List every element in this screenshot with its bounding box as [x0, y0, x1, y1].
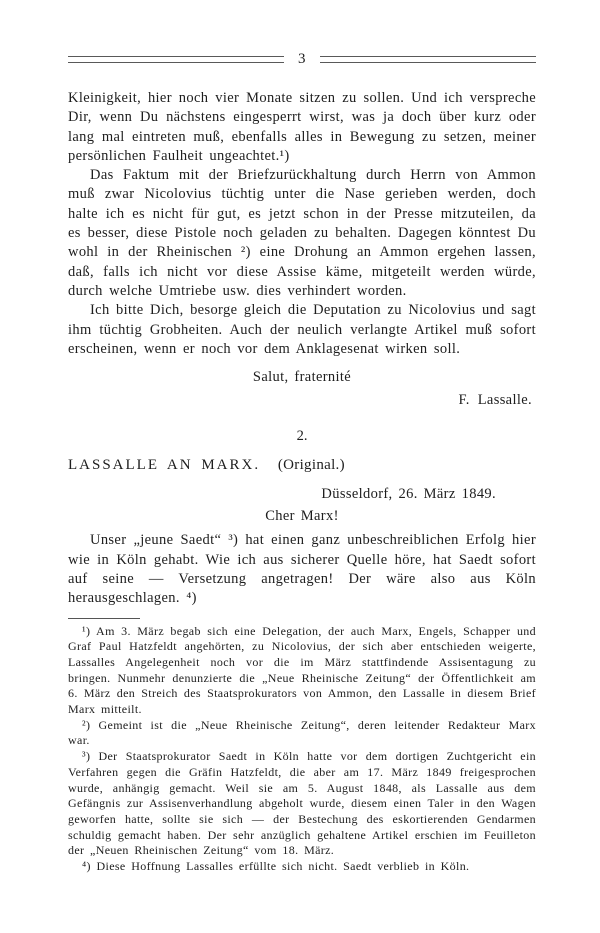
letter2-salutation: Cher Marx! [68, 507, 536, 526]
page-body: Kleinigkeit, hier noch vier Monate sitze… [68, 89, 536, 609]
footnote-separator-rule [68, 618, 140, 619]
letter2-heading-note: (Original.) [278, 457, 345, 473]
letter1-closing: Salut, fraternité [68, 368, 536, 387]
letter1-paragraph-2: Das Faktum mit der Briefzurückhaltung du… [68, 166, 536, 301]
header-rule-right [320, 56, 536, 63]
footnote-4: ⁴) Diese Hoffnung Lassalles erfüllte sic… [68, 859, 536, 875]
header-rule-left [68, 56, 284, 63]
footnote-3: ³) Der Staatsprokurator Saedt in Köln ha… [68, 749, 536, 859]
running-head: 3 [68, 50, 536, 69]
book-page: 3 Kleinigkeit, hier noch vier Monate sit… [0, 0, 600, 933]
letter2-paragraph-1: Unser „jeune Saedt“ ³) hat einen ganz un… [68, 531, 536, 608]
letter1-paragraph-1: Kleinigkeit, hier noch vier Monate sitze… [68, 89, 536, 166]
letter2-heading: LASSALLE AN MARX. [68, 457, 260, 473]
letter2-section-number: 2. [68, 427, 536, 446]
letter2-dateline: Düsseldorf, 26. März 1849. [68, 485, 496, 504]
footnote-2: ²) Gemeint ist die „Neue Rheinische Zeit… [68, 718, 536, 749]
page-number: 3 [298, 50, 306, 69]
letter2-heading-line: LASSALLE AN MARX. (Original.) [68, 455, 536, 475]
footnote-1: ¹) Am 3. März begab sich eine Delegation… [68, 624, 536, 718]
letter1-paragraph-3: Ich bitte Dich, besorge gleich die Deput… [68, 301, 536, 359]
footnotes: ¹) Am 3. März begab sich eine Delegation… [68, 624, 536, 875]
letter1-signature: F. Lassalle. [68, 391, 532, 410]
